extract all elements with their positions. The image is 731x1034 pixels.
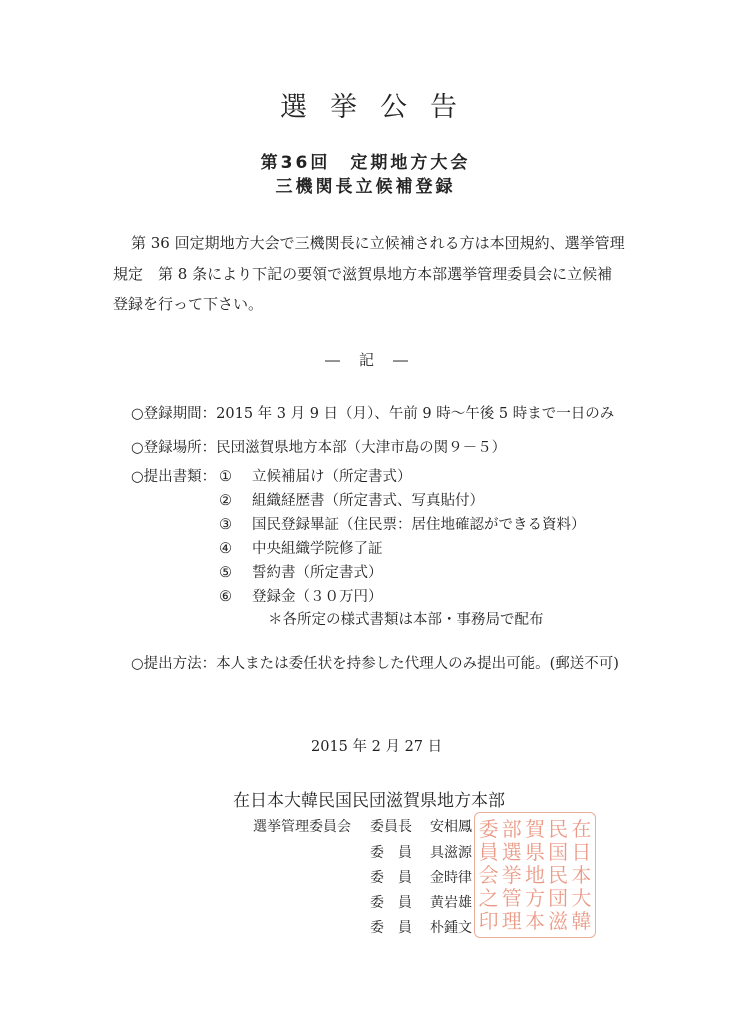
intro-line-2: 規定 第 8 条により下記の要領で滋賀県地方本部選挙管理委員会に立候補 — [113, 264, 612, 284]
organization-name: 在日本大韓民国民団滋賀県地方本部 — [233, 790, 505, 812]
document-number: ④ — [219, 541, 232, 557]
title-char: 公 — [380, 92, 407, 124]
committee-name: 選挙管理委員会 — [253, 818, 351, 837]
seal-char: 会 — [479, 864, 499, 886]
seal-column: 委 員 会 之 印 — [479, 817, 499, 933]
member-role: 委 員 — [370, 844, 412, 863]
seal-column: 民 国 民 団 滋 — [548, 817, 568, 933]
title-char: 挙 — [330, 92, 357, 124]
notice-date: 2015 年 2 月 27 日 — [311, 737, 442, 757]
member-name: 具滋源 — [430, 844, 472, 863]
seal-column: 部 選 挙 管 理 — [502, 817, 522, 933]
member-role: 委 員 — [370, 869, 412, 888]
member-name: 黄岩雄 — [430, 894, 472, 913]
seal-char: 挙 — [502, 864, 522, 886]
seal-char: 方 — [525, 887, 545, 909]
registration-period: ○登録期間：2015 年 3 月 9 日（月）、午前 9 時～午後 5 時まで一… — [131, 404, 614, 424]
registration-place: ○登録場所：民団滋賀県地方本部（大津市島の関９－５） — [131, 438, 506, 458]
registration-place-label: ○登録場所： — [131, 440, 216, 456]
document-text: 登録金（３０万円） — [252, 587, 383, 607]
seal-char: 地 — [525, 864, 545, 886]
ki-heading: ― 記 ― — [325, 350, 410, 370]
title-char: 選 — [280, 92, 307, 124]
subtitle-line-1: 第36回 定期地方大会 — [0, 152, 731, 174]
document-number: ② — [219, 493, 232, 509]
document-item: ③ 国民登録畢証（住民票：居住地確認ができる資料） — [219, 515, 232, 535]
seal-char: 部 — [502, 818, 522, 840]
subtitle-line-2: 三機関長立候補登録 — [0, 176, 731, 198]
seal-char: 在 — [571, 818, 591, 840]
seal-char: 賀 — [525, 818, 545, 840]
intro-line-1: 第 36 回定期地方大会で三機関長に立候補される方は本団規約、選挙管理 — [131, 233, 625, 253]
title-char: 告 — [430, 92, 457, 124]
member-role: 委 員 — [370, 894, 412, 913]
document-item: ① 立候補届け（所定書式） — [219, 467, 232, 487]
seal-column: 賀 県 地 方 本 — [525, 817, 545, 933]
seal-char: 滋 — [548, 910, 568, 932]
document-number: ① — [219, 469, 232, 485]
document-number: ⑤ — [219, 565, 232, 581]
document-text: 立候補届け（所定書式） — [252, 467, 412, 487]
seal-column: 在 日 本 大 韓 — [571, 817, 591, 933]
seal-char: 理 — [502, 910, 522, 932]
document-item: ④ 中央組織学院修了証 — [219, 539, 232, 559]
document-number: ③ — [219, 517, 232, 533]
seal-char: 本 — [571, 864, 591, 886]
seal-char: 管 — [502, 887, 522, 909]
submission-method-label: ○提出方法： — [131, 656, 216, 672]
document-text: 国民登録畢証（住民票：居住地確認ができる資料） — [252, 515, 586, 535]
member-name: 安相鳳 — [430, 818, 472, 837]
seal-char: 日 — [571, 841, 591, 863]
registration-place-value: 民団滋賀県地方本部（大津市島の関９－５） — [216, 440, 506, 456]
seal-char: 員 — [479, 841, 499, 863]
member-role: 委 員 — [370, 919, 412, 938]
document-text: 中央組織学院修了証 — [252, 539, 383, 559]
document-item: ⑤ 誓約書（所定書式） — [219, 563, 232, 583]
member-name: 朴鍾文 — [430, 919, 472, 938]
seal-char: 団 — [548, 887, 568, 909]
document-item: ② 組織経歴書（所定書式、写真貼付） — [219, 491, 232, 511]
registration-period-value: 2015 年 3 月 9 日（月）、午前 9 時～午後 5 時まで一日のみ — [216, 406, 614, 422]
registration-period-label: ○登録期間： — [131, 406, 216, 422]
documents-label: ○提出書類： — [131, 467, 216, 487]
document-item: ⑥ 登録金（３０万円） — [219, 587, 232, 607]
document-number: ⑥ — [219, 589, 232, 605]
official-seal-stamp: 在 日 本 大 韓 民 国 民 団 滋 賀 県 地 方 本 部 選 挙 管 理 … — [474, 812, 596, 938]
seal-char: 印 — [479, 910, 499, 932]
seal-char: 之 — [479, 887, 499, 909]
seal-char: 国 — [548, 841, 568, 863]
document-text: 組織経歴書（所定書式、写真貼付） — [252, 491, 484, 511]
seal-char: 本 — [525, 910, 545, 932]
seal-char: 大 — [571, 887, 591, 909]
seal-char: 選 — [502, 841, 522, 863]
seal-char: 民 — [548, 818, 568, 840]
seal-char: 民 — [548, 864, 568, 886]
intro-line-3: 登録を行って下さい。 — [113, 294, 263, 314]
seal-char: 韓 — [571, 910, 591, 932]
seal-char: 県 — [525, 841, 545, 863]
submission-method: ○提出方法：本人または委任状を持参した代理人のみ提出可能。(郵送不可) — [131, 654, 619, 674]
seal-char: 委 — [479, 818, 499, 840]
document-text: 誓約書（所定書式） — [252, 563, 383, 583]
submission-method-value: 本人または委任状を持参した代理人のみ提出可能。(郵送不可) — [216, 656, 619, 672]
documents-note: ＊各所定の様式書類は本部・事務局で配布 — [268, 610, 544, 630]
member-name: 金時律 — [430, 869, 472, 888]
member-role: 委員長 — [370, 818, 412, 837]
